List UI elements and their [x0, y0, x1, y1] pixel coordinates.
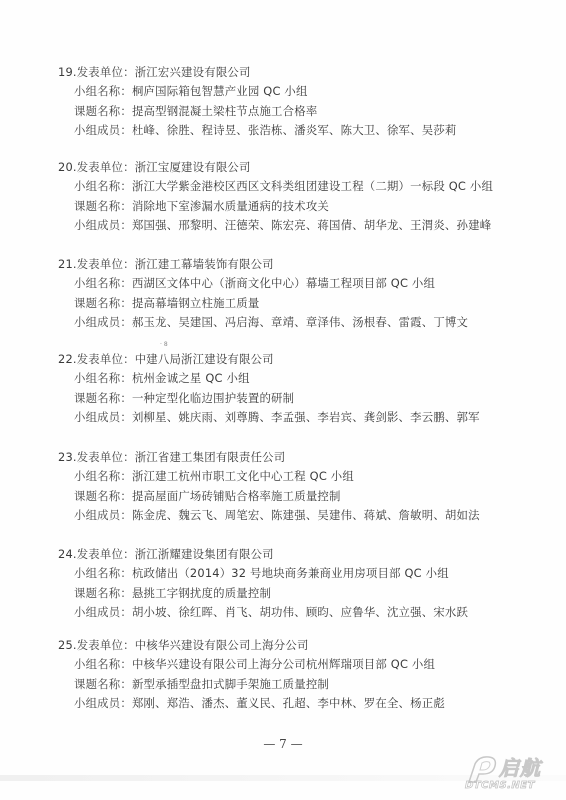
unit-value: 浙江建工幕墙装饰有限公司 [135, 257, 274, 271]
entry-number: 22. [58, 350, 77, 369]
entry-25: 25.发表单位：中核华兴建设有限公司上海分公司 小组名称：中核华兴建设有限公司上… [58, 636, 528, 713]
unit-line: 25.发表单位：中核华兴建设有限公司上海分公司 [58, 636, 528, 655]
unit-label: 发表单位： [77, 450, 135, 464]
group-line: 小组名称：西湖区文体中心（浙商文化中心）幕墙工程项目部 QC 小组 [58, 274, 528, 293]
topic-line: 课题名称：提高型钢混凝土梁柱节点施工合格率 [58, 102, 528, 121]
group-line: 小组名称：杭政储出（2014）32 号地块商务兼商业用房项目部 QC 小组 [58, 564, 528, 583]
unit-label: 发表单位： [77, 547, 135, 561]
group-label: 小组名称： [74, 179, 132, 193]
unit-value: 浙江宝厦建设有限公司 [135, 160, 251, 174]
topic-label: 课题名称： [74, 677, 132, 691]
unit-label: 发表单位： [77, 352, 135, 366]
unit-value: 浙江宏兴建设有限公司 [135, 65, 251, 79]
group-value: 杭州金诚之星 QC 小组 [132, 371, 250, 385]
unit-line: 23.发表单位：浙江省建工集团有限责任公司 [58, 448, 528, 467]
group-label: 小组名称： [74, 469, 132, 483]
group-value: 浙江大学紫金港校区西区文科类组团建设工程（二期）一标段 QC 小组 [132, 179, 493, 193]
entry-23: 23.发表单位：浙江省建工集团有限责任公司 小组名称：浙江建工杭州市职工文化中心… [58, 448, 528, 525]
unit-value: 浙江省建工集团有限责任公司 [135, 450, 286, 464]
group-line: 小组名称：浙江大学紫金港校区西区文科类组团建设工程（二期）一标段 QC 小组 [58, 177, 528, 196]
unit-label: 发表单位： [77, 638, 135, 652]
entry-24: 24.发表单位：浙江浙耀建设集团有限公司 小组名称：杭政储出（2014）32 号… [58, 545, 528, 622]
members-value: 刘柳星、姚庆雨、刘尊腾、李孟强、李岩宾、龚剑影、李云鹏、郭军 [132, 410, 480, 424]
unit-label: 发表单位： [77, 257, 135, 271]
topic-line: 课题名称：消除地下室渗漏水质量通病的技术攻关 [58, 197, 528, 216]
unit-line: 19.发表单位：浙江宏兴建设有限公司 [58, 63, 528, 82]
topic-line: 课题名称：提高幕墙钢立柱施工质量 [58, 294, 528, 313]
topic-label: 课题名称： [74, 296, 132, 310]
members-value: 郑国强、邢黎明、汪德荣、陈宏亮、蒋国倩、胡华龙、王渭炎、孙建峰 [132, 218, 491, 232]
watermark-domain: DTCMS.NET [465, 780, 535, 791]
topic-value: 悬挑工字钢扰度的质量控制 [132, 586, 271, 600]
group-line: 小组名称：浙江建工杭州市职工文化中心工程 QC 小组 [58, 467, 528, 486]
members-label: 小组成员： [74, 508, 132, 522]
topic-value: 提高幕墙钢立柱施工质量 [132, 296, 260, 310]
topic-label: 课题名称： [74, 199, 132, 213]
document-page: 19.发表单位：浙江宏兴建设有限公司 小组名称：桐庐国际箱包智慧产业园 QC 小… [0, 0, 566, 800]
group-line: 小组名称：杭州金诚之星 QC 小组 [58, 369, 528, 388]
topic-value: 提高型钢混凝土梁柱节点施工合格率 [132, 104, 317, 118]
page-number: — 7 — [0, 737, 566, 751]
unit-line: 21.发表单位：浙江建工幕墙装饰有限公司 [58, 255, 528, 274]
entry-number: 21. [58, 255, 77, 274]
unit-label: 发表单位： [77, 65, 135, 79]
members-line: 小组成员：杜峰、徐胜、程诗昱、张浩栋、潘炎军、陈大卫、徐军、吴莎莉 [58, 121, 528, 140]
members-value: 郑刚、郑浩、潘杰、董义民、孔超、李中林、罗在全、杨正彪 [132, 696, 445, 710]
members-value: 胡小坡、徐红晖、肖飞、胡功伟、顾昀、应鲁华、沈立强、宋水跃 [132, 605, 468, 619]
topic-value: 提高屋面广场砖铺贴合格率施工质量控制 [132, 489, 341, 503]
unit-line: 20.发表单位：浙江宝厦建设有限公司 [58, 158, 528, 177]
members-value: 陈金虎、魏云飞、周笔宏、陈建强、吴建伟、蒋斌、詹敏明、胡如法 [132, 508, 480, 522]
entry-number: 23. [58, 448, 77, 467]
scan-artifact-mark: · 8 [160, 341, 168, 348]
group-line: 小组名称：中核华兴建设有限公司上海分公司杭州辉瑞项目部 QC 小组 [58, 655, 528, 674]
unit-line: 24.发表单位：浙江浙耀建设集团有限公司 [58, 545, 528, 564]
unit-value: 浙江浙耀建设集团有限公司 [135, 547, 274, 561]
entry-20: 20.发表单位：浙江宝厦建设有限公司 小组名称：浙江大学紫金港校区西区文科类组团… [58, 158, 528, 235]
members-line: 小组成员：郝玉龙、吴建国、冯启海、章靖、章泽伟、汤根春、雷霞、丁博文 [58, 313, 528, 332]
entry-number: 25. [58, 636, 77, 655]
topic-value: 一种定型化临边围护装置的研制 [132, 391, 294, 405]
topic-line: 课题名称：提高屋面广场砖铺贴合格率施工质量控制 [58, 487, 528, 506]
topic-label: 课题名称： [74, 586, 132, 600]
group-value: 中核华兴建设有限公司上海分公司杭州辉瑞项目部 QC 小组 [132, 657, 435, 671]
group-label: 小组名称： [74, 657, 132, 671]
group-label: 小组名称： [74, 566, 132, 580]
entry-number: 19. [58, 63, 77, 82]
members-line: 小组成员：郑刚、郑浩、潘杰、董义民、孔超、李中林、罗在全、杨正彪 [58, 694, 528, 713]
topic-value: 新型承插型盘扣式脚手架施工质量控制 [132, 677, 329, 691]
members-line: 小组成员：郑国强、邢黎明、汪德荣、陈宏亮、蒋国倩、胡华龙、王渭炎、孙建峰 [58, 216, 528, 235]
members-value: 郝玉龙、吴建国、冯启海、章靖、章泽伟、汤根春、雷霞、丁博文 [132, 315, 468, 329]
unit-value: 中核华兴建设有限公司上海分公司 [135, 638, 309, 652]
members-line: 小组成员：刘柳星、姚庆雨、刘尊腾、李孟强、李岩宾、龚剑影、李云鹏、郭军 [58, 408, 528, 427]
unit-line: 22.发表单位：中建八局浙江建设有限公司 [58, 350, 528, 369]
entry-number: 24. [58, 545, 77, 564]
members-label: 小组成员： [74, 410, 132, 424]
group-value: 浙江建工杭州市职工文化中心工程 QC 小组 [132, 469, 354, 483]
topic-line: 课题名称：一种定型化临边围护装置的研制 [58, 389, 528, 408]
topic-line: 课题名称：悬挑工字钢扰度的质量控制 [58, 584, 528, 603]
group-line: 小组名称：桐庐国际箱包智慧产业园 QC 小组 [58, 82, 528, 101]
entry-19: 19.发表单位：浙江宏兴建设有限公司 小组名称：桐庐国际箱包智慧产业园 QC 小… [58, 63, 528, 140]
group-value: 杭政储出（2014）32 号地块商务兼商业用房项目部 QC 小组 [132, 566, 449, 580]
topic-label: 课题名称： [74, 489, 132, 503]
entry-22: 22.发表单位：中建八局浙江建设有限公司 小组名称：杭州金诚之星 QC 小组 课… [58, 350, 528, 427]
members-label: 小组成员： [74, 123, 132, 137]
members-label: 小组成员： [74, 218, 132, 232]
group-value: 西湖区文体中心（浙商文化中心）幕墙工程项目部 QC 小组 [132, 276, 435, 290]
watermark-brand: 启航 [499, 752, 541, 781]
members-value: 杜峰、徐胜、程诗昱、张浩栋、潘炎军、陈大卫、徐军、吴莎莉 [132, 123, 457, 137]
members-label: 小组成员： [74, 315, 132, 329]
entry-number: 20. [58, 158, 77, 177]
group-value: 桐庐国际箱包智慧产业园 QC 小组 [132, 84, 308, 98]
unit-value: 中建八局浙江建设有限公司 [135, 352, 274, 366]
unit-label: 发表单位： [77, 160, 135, 174]
members-line: 小组成员：胡小坡、徐红晖、肖飞、胡功伟、顾昀、应鲁华、沈立强、宋水跃 [58, 603, 528, 622]
watermark: 启航 DTCMS.NET [465, 752, 555, 796]
entry-21: 21.发表单位：浙江建工幕墙装饰有限公司 小组名称：西湖区文体中心（浙商文化中心… [58, 255, 528, 332]
members-label: 小组成员： [74, 605, 132, 619]
members-line: 小组成员：陈金虎、魏云飞、周笔宏、陈建强、吴建伟、蒋斌、詹敏明、胡如法 [58, 506, 528, 525]
topic-label: 课题名称： [74, 104, 132, 118]
group-label: 小组名称： [74, 371, 132, 385]
group-label: 小组名称： [74, 84, 132, 98]
topic-label: 课题名称： [74, 391, 132, 405]
topic-line: 课题名称：新型承插型盘扣式脚手架施工质量控制 [58, 675, 528, 694]
group-label: 小组名称： [74, 276, 132, 290]
members-label: 小组成员： [74, 696, 132, 710]
topic-value: 消除地下室渗漏水质量通病的技术攻关 [132, 199, 329, 213]
